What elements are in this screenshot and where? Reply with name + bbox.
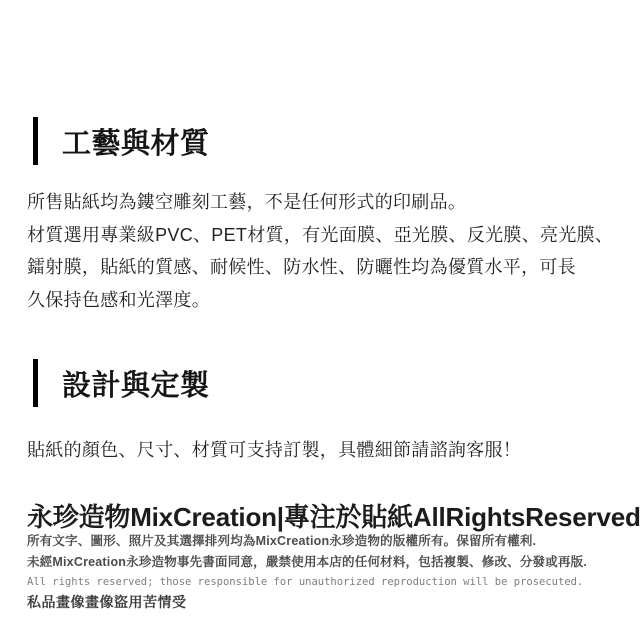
heading-accent-bar (33, 117, 38, 165)
text-line: 所售貼紙均為鏤空雕刻工藝，不是任何形式的印刷品。 (27, 186, 613, 219)
section-header-craft: 工藝與材質 (33, 117, 210, 165)
section-title-craft: 工藝與材質 (62, 121, 210, 162)
heading-accent-bar (33, 359, 38, 407)
text-line: 材質選用專業級PVC、PET材質，有光面膜、亞光膜、反光膜、亮光膜、 (27, 219, 613, 252)
copyright-block: 所有文字、圖形、照片及其選擇排列均為MixCreation永珍造物的版權所有。保… (27, 531, 587, 613)
copyright-line-zh-1: 所有文字、圖形、照片及其選擇排列均為MixCreation永珍造物的版權所有。保… (27, 531, 587, 552)
text-line: 鐳射膜，貼紙的質感、耐候性、防水性、防曬性均為優質水平，可長 (27, 251, 613, 284)
text-line: 久保持色感和光澤度。 (27, 284, 613, 317)
section-title-design: 設計與定製 (62, 363, 210, 404)
text-line: 貼紙的顏色、尺寸、材質可支持訂製，具體細節請諮詢客服！ (27, 434, 521, 467)
anti-theft-notice: 私品畫像畫像盜用苦情受 (27, 592, 587, 613)
craft-description-text: 所售貼紙均為鏤空雕刻工藝，不是任何形式的印刷品。 材質選用專業級PVC、PET材… (27, 186, 613, 316)
section-header-design: 設計與定製 (33, 359, 210, 407)
product-description-page: 工藝與材質 所售貼紙均為鏤空雕刻工藝，不是任何形式的印刷品。 材質選用專業級PV… (0, 0, 640, 640)
copyright-line-zh-2: 未經MixCreation永珍造物事先書面同意，嚴禁使用本店的任何材料，包括複製… (27, 552, 587, 573)
design-description-text: 貼紙的顏色、尺寸、材質可支持訂製，具體細節請諮詢客服！ (27, 434, 521, 467)
brand-statement: 永珍造物MixCreation|專注於貼紙AllRightsReserved (27, 497, 640, 534)
copyright-line-en: All rights reserved; those responsible f… (27, 573, 587, 592)
